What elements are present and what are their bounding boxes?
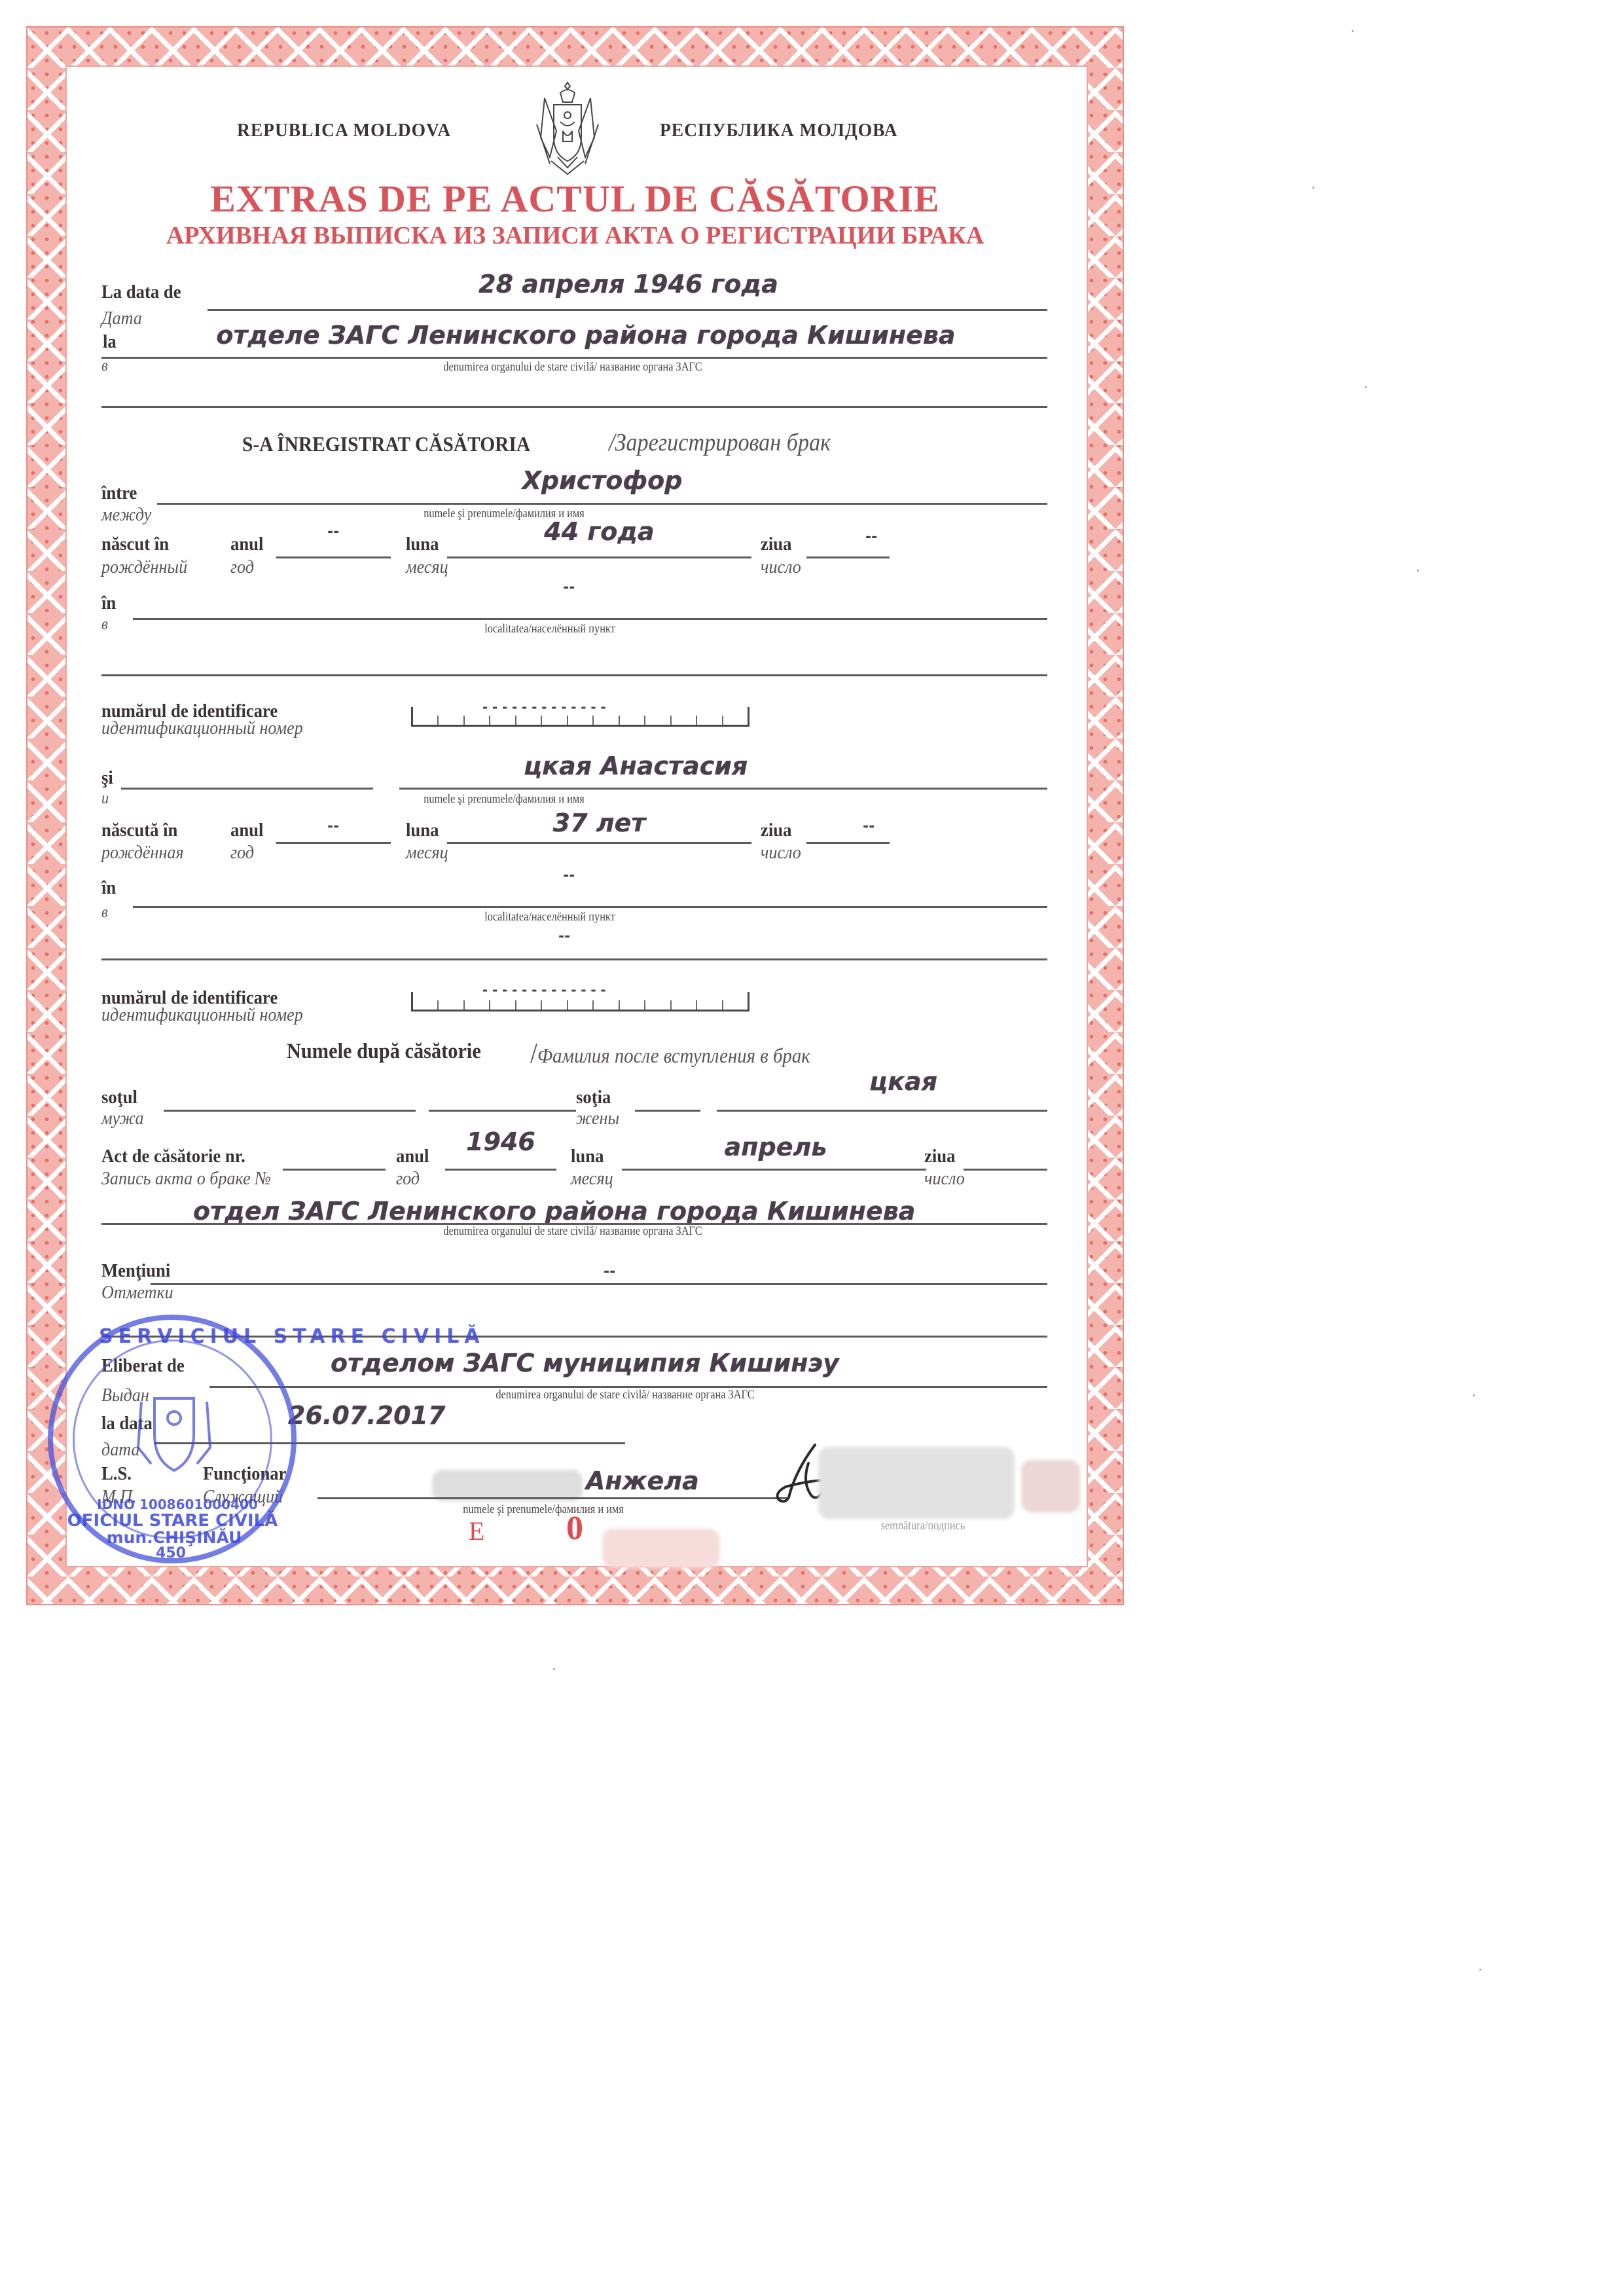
born-label-ru: рождённый	[101, 556, 187, 578]
registration-extra-line	[101, 406, 1047, 408]
office-label-ru: в	[101, 357, 108, 375]
between-label-ro: între	[101, 483, 137, 504]
after-marriage-heading-ro: Numele după căsătorie	[287, 1040, 481, 1064]
month-label-ro: luna	[406, 534, 439, 555]
wife-year-value: --	[327, 818, 339, 835]
notes-value: --	[604, 1264, 615, 1280]
husband-year-value: --	[327, 524, 339, 540]
stamp-coat-of-arms-icon	[135, 1379, 213, 1477]
born-f-label-ro: născută în	[101, 820, 177, 841]
husband-month-line	[447, 556, 751, 558]
issued-by-value: отделом ЗАГС муниципия Кишинэу	[209, 1349, 1168, 1377]
wife-day-value: --	[863, 818, 875, 835]
year-label-ru: год	[230, 556, 254, 578]
stamp-line-2: mun.CHIŞINĂU	[92, 1528, 256, 1547]
scan-speck	[1479, 1969, 1481, 1971]
act-month-label-ro: luna	[571, 1146, 604, 1167]
wife-name-value: цкая Анастасия	[393, 752, 982, 780]
day-f-label-ru: число	[761, 842, 801, 864]
husband-month-value: 44 года	[447, 517, 751, 546]
husband-surname-line-a	[164, 1110, 416, 1112]
husband-idnp-boxes	[411, 707, 749, 727]
act-year-value: 1946	[445, 1127, 556, 1156]
wife-name-hint: numele şi prenumele/фамилия и имя	[408, 792, 600, 807]
husband-surname-line-b	[429, 1110, 576, 1112]
registration-office-line	[101, 357, 1047, 359]
wife-place-value: --	[563, 867, 575, 884]
official-name-hint: numele şi prenumele/фамилия и имя	[425, 1503, 661, 1517]
stamp-outer-text: SERVICIUL STARE CIVILĂ	[99, 1325, 256, 1348]
signature-hint: semnătura/подпись	[867, 1519, 979, 1533]
wife-year-line	[276, 842, 391, 844]
country-name-ro: REPUBLICA MOLDOVA	[237, 120, 451, 141]
husband-place-value: --	[563, 579, 575, 596]
section-heading-ru: /Зарегистрирован брак	[609, 428, 831, 457]
wife-day-line	[806, 842, 890, 844]
wife-place-line	[133, 906, 1047, 908]
registration-office-value: отделе ЗАГС Ленинского района города Киш…	[124, 321, 1047, 350]
redacted-signature-edge	[1021, 1460, 1080, 1512]
act-day-label-ro: ziua	[924, 1146, 955, 1167]
wife-name-line-b	[399, 788, 1047, 790]
and-label-ru: и	[101, 790, 109, 808]
wife-month-line	[447, 842, 751, 844]
stamp-idno: IDNO 1008601000400	[73, 1497, 282, 1512]
wife-surname-line-b	[717, 1110, 1047, 1112]
redacted-serial	[602, 1529, 720, 1568]
document-title-ro: EXTRAS DE PE ACTUL DE CĂSĂTORIE	[0, 177, 1150, 221]
date-label-ro: La data de	[101, 282, 181, 303]
scan-speck	[553, 1668, 555, 1670]
act-office-hint: denumirea organului de stare civilă/ наз…	[395, 1224, 750, 1239]
act-number-label-ru: Запись акта о браке №	[101, 1168, 271, 1190]
place-label-ru: в	[101, 615, 108, 634]
place-f-label-ro: în	[101, 877, 116, 899]
month-f-label-ru: месяц	[406, 842, 448, 864]
redacted-signature	[818, 1447, 1015, 1519]
place-label-ro: în	[101, 592, 116, 614]
act-year-label-ru: год	[396, 1168, 420, 1190]
husband-name-line	[157, 503, 1047, 505]
idnp-label-ru: идентификационный номер	[101, 718, 303, 739]
after-marriage-heading-ru-text: Фамилия после вступления в брак	[537, 1044, 810, 1067]
act-day-label-ru: число	[924, 1168, 965, 1190]
between-label-ru: между	[101, 504, 151, 526]
official-stamp: SERVICIUL STARE CIVILĂ IDNO 100860100040…	[48, 1315, 297, 1563]
notes-label-ru: Отметки	[101, 1282, 173, 1303]
husband-surname-label-ro: soţul	[101, 1087, 137, 1108]
redacted-surname	[432, 1470, 583, 1501]
notes-line	[151, 1283, 1047, 1285]
husband-name-value: Христофор	[157, 466, 1047, 495]
idnp-f-label-ru: идентификационный номер	[101, 1004, 303, 1026]
wife-place-hint: localitatea/населённый пункт	[443, 910, 657, 924]
registration-date-line	[208, 309, 1047, 311]
month-f-label-ro: luna	[406, 820, 439, 841]
act-month-label-ru: месяц	[571, 1168, 613, 1190]
wife-place-value-2: --	[558, 928, 570, 945]
wife-month-value: 37 лет	[447, 809, 751, 837]
after-marriage-heading-ru: /Фамилия после вступления в брак	[530, 1036, 810, 1070]
husband-place-line-2	[101, 674, 1047, 676]
act-year-line	[445, 1169, 556, 1171]
wife-surname-label-ru: жены	[576, 1108, 619, 1129]
wife-surname-line-a	[635, 1110, 700, 1112]
husband-year-line	[276, 556, 391, 558]
day-f-label-ro: ziua	[761, 820, 791, 841]
official-name-line	[317, 1497, 789, 1499]
husband-surname-label-ru: мужа	[101, 1108, 144, 1129]
notes-label-ro: Menţiuni	[101, 1260, 170, 1282]
stamp-number: 450	[138, 1545, 204, 1561]
scan-speck	[1352, 30, 1354, 32]
day-label-ru: число	[761, 556, 801, 578]
moldova-coat-of-arms-icon	[532, 79, 604, 177]
act-number-label-ro: Act de căsătorie nr.	[101, 1146, 245, 1167]
year-f-label-ru: год	[230, 842, 254, 864]
act-month-value: апрель	[622, 1133, 929, 1161]
husband-place-line	[133, 618, 1047, 620]
country-name-ru: РЕСПУБЛИКА МОЛДОВА	[660, 120, 898, 141]
official-name-value: Анжела	[586, 1467, 730, 1495]
scan-speck	[1365, 386, 1367, 388]
serial-number: 0	[566, 1509, 583, 1548]
office-hint: denumirea organului de stare civilă/ наз…	[395, 360, 750, 374]
husband-day-line	[806, 556, 890, 558]
registration-date-value: 28 апреля 1946 года	[209, 270, 1047, 299]
place-f-label-ru: в	[101, 903, 108, 922]
issued-by-hint: denumirea organului de stare civilă/ наз…	[448, 1388, 803, 1402]
month-label-ru: месяц	[406, 556, 448, 578]
act-year-label-ro: anul	[396, 1146, 429, 1167]
wife-idnp-boxes	[411, 992, 749, 1011]
act-month-line	[622, 1169, 926, 1171]
serial-series: E	[469, 1516, 484, 1546]
wife-name-line-a	[121, 788, 373, 790]
document-title-ru: АРХИВНАЯ ВЫПИСКА ИЗ ЗАПИСИ АКТА О РЕГИСТ…	[0, 221, 1150, 250]
husband-day-value: --	[865, 529, 877, 545]
born-label-ro: născut în	[101, 534, 169, 555]
day-label-ro: ziua	[761, 534, 791, 555]
act-number-line	[283, 1169, 386, 1171]
act-office-value: отдел ЗАГС Ленинского района города Киши…	[101, 1197, 1139, 1226]
and-label-ro: şi	[101, 767, 113, 789]
wife-surname-label-ro: soţia	[576, 1087, 611, 1108]
husband-place-hint: localitatea/населённый пункт	[443, 622, 657, 636]
year-f-label-ro: anul	[230, 820, 263, 841]
year-label-ro: anul	[230, 534, 263, 555]
wife-place-line-2	[101, 958, 1047, 960]
scan-speck	[1473, 1394, 1475, 1396]
scan-speck	[1417, 570, 1419, 572]
office-label-ro: la	[103, 331, 117, 353]
section-heading-ro: S-A ÎNREGISTRAT CĂSĂTORIA	[242, 432, 530, 456]
act-day-line	[964, 1169, 1047, 1171]
scan-speck	[1312, 187, 1314, 189]
wife-surname-value: цкая	[838, 1067, 969, 1096]
born-f-label-ru: рождённая	[101, 842, 184, 864]
section-heading-ru-text: Зарегистрирован брак	[615, 429, 831, 456]
